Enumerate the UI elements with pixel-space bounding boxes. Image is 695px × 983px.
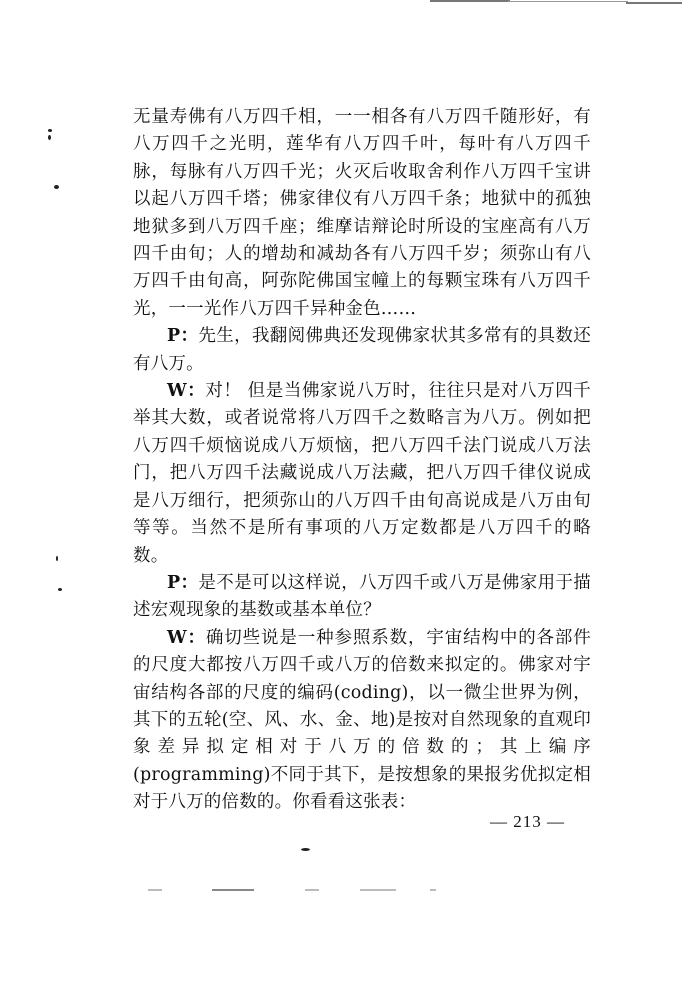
paragraph-text: 无量寿佛有八万四千相，一一相各有八万四千随形好，有八万四千之光明，莲华有八万四千… <box>133 107 591 319</box>
scan-noise <box>148 889 162 891</box>
paragraph-text: 确切些说是一种参照系数，宇宙结构中的各部件的尺度大都按八万四千或八万的倍数来拟定… <box>133 628 591 812</box>
scan-speck <box>58 588 62 591</box>
paragraph: P：先生，我翻阅佛典还发现佛家状其多常有的具数还有八万。 <box>133 323 591 378</box>
scan-speck <box>54 185 59 189</box>
scan-speck <box>48 135 51 140</box>
top-edge-rule <box>626 2 682 4</box>
paragraph-text: 对！ 但是当佛家说八万时，往往只是对八万四千举其大数，或者说常将八万四千之数略言… <box>133 381 591 565</box>
scan-speck <box>56 556 58 561</box>
paragraph-text: 是不是可以这样说，八万四千或八万是佛家用于描述宏观现象的基数或基本单位？ <box>133 573 591 620</box>
paragraph: 无量寿佛有八万四千相，一一相各有八万四千随形好，有八万四千之光明，莲华有八万四千… <box>133 104 591 323</box>
paragraph-text: 先生，我翻阅佛典还发现佛家状其多常有的具数还有八万。 <box>133 326 591 373</box>
scan-noise <box>430 889 436 891</box>
page-body: 无量寿佛有八万四千相，一一相各有八万四千随形好，有八万四千之光明，莲华有八万四千… <box>133 104 591 817</box>
top-edge-rule <box>430 0 510 2</box>
paragraph: W：对！ 但是当佛家说八万时，往往只是对八万四千举其大数，或者说常将八万四千之数… <box>133 378 591 570</box>
page-number: — 213 — <box>490 812 565 832</box>
speaker-label: P： <box>167 573 198 593</box>
scan-speck <box>48 129 52 132</box>
speaker-label: P： <box>167 326 198 346</box>
paragraph: W：确切些说是一种参照系数，宇宙结构中的各部件的尺度大都按八万四千或八万的倍数来… <box>133 625 591 817</box>
speaker-label: W： <box>167 628 206 648</box>
paragraph: P：是不是可以这样说，八万四千或八万是佛家用于描述宏观现象的基数或基本单位？ <box>133 570 591 625</box>
scan-noise <box>212 889 254 891</box>
scan-noise <box>360 889 396 891</box>
scan-speck <box>301 848 310 851</box>
top-edge-rule <box>508 1 628 2</box>
speaker-label: W： <box>167 381 205 401</box>
scan-noise <box>305 889 319 891</box>
